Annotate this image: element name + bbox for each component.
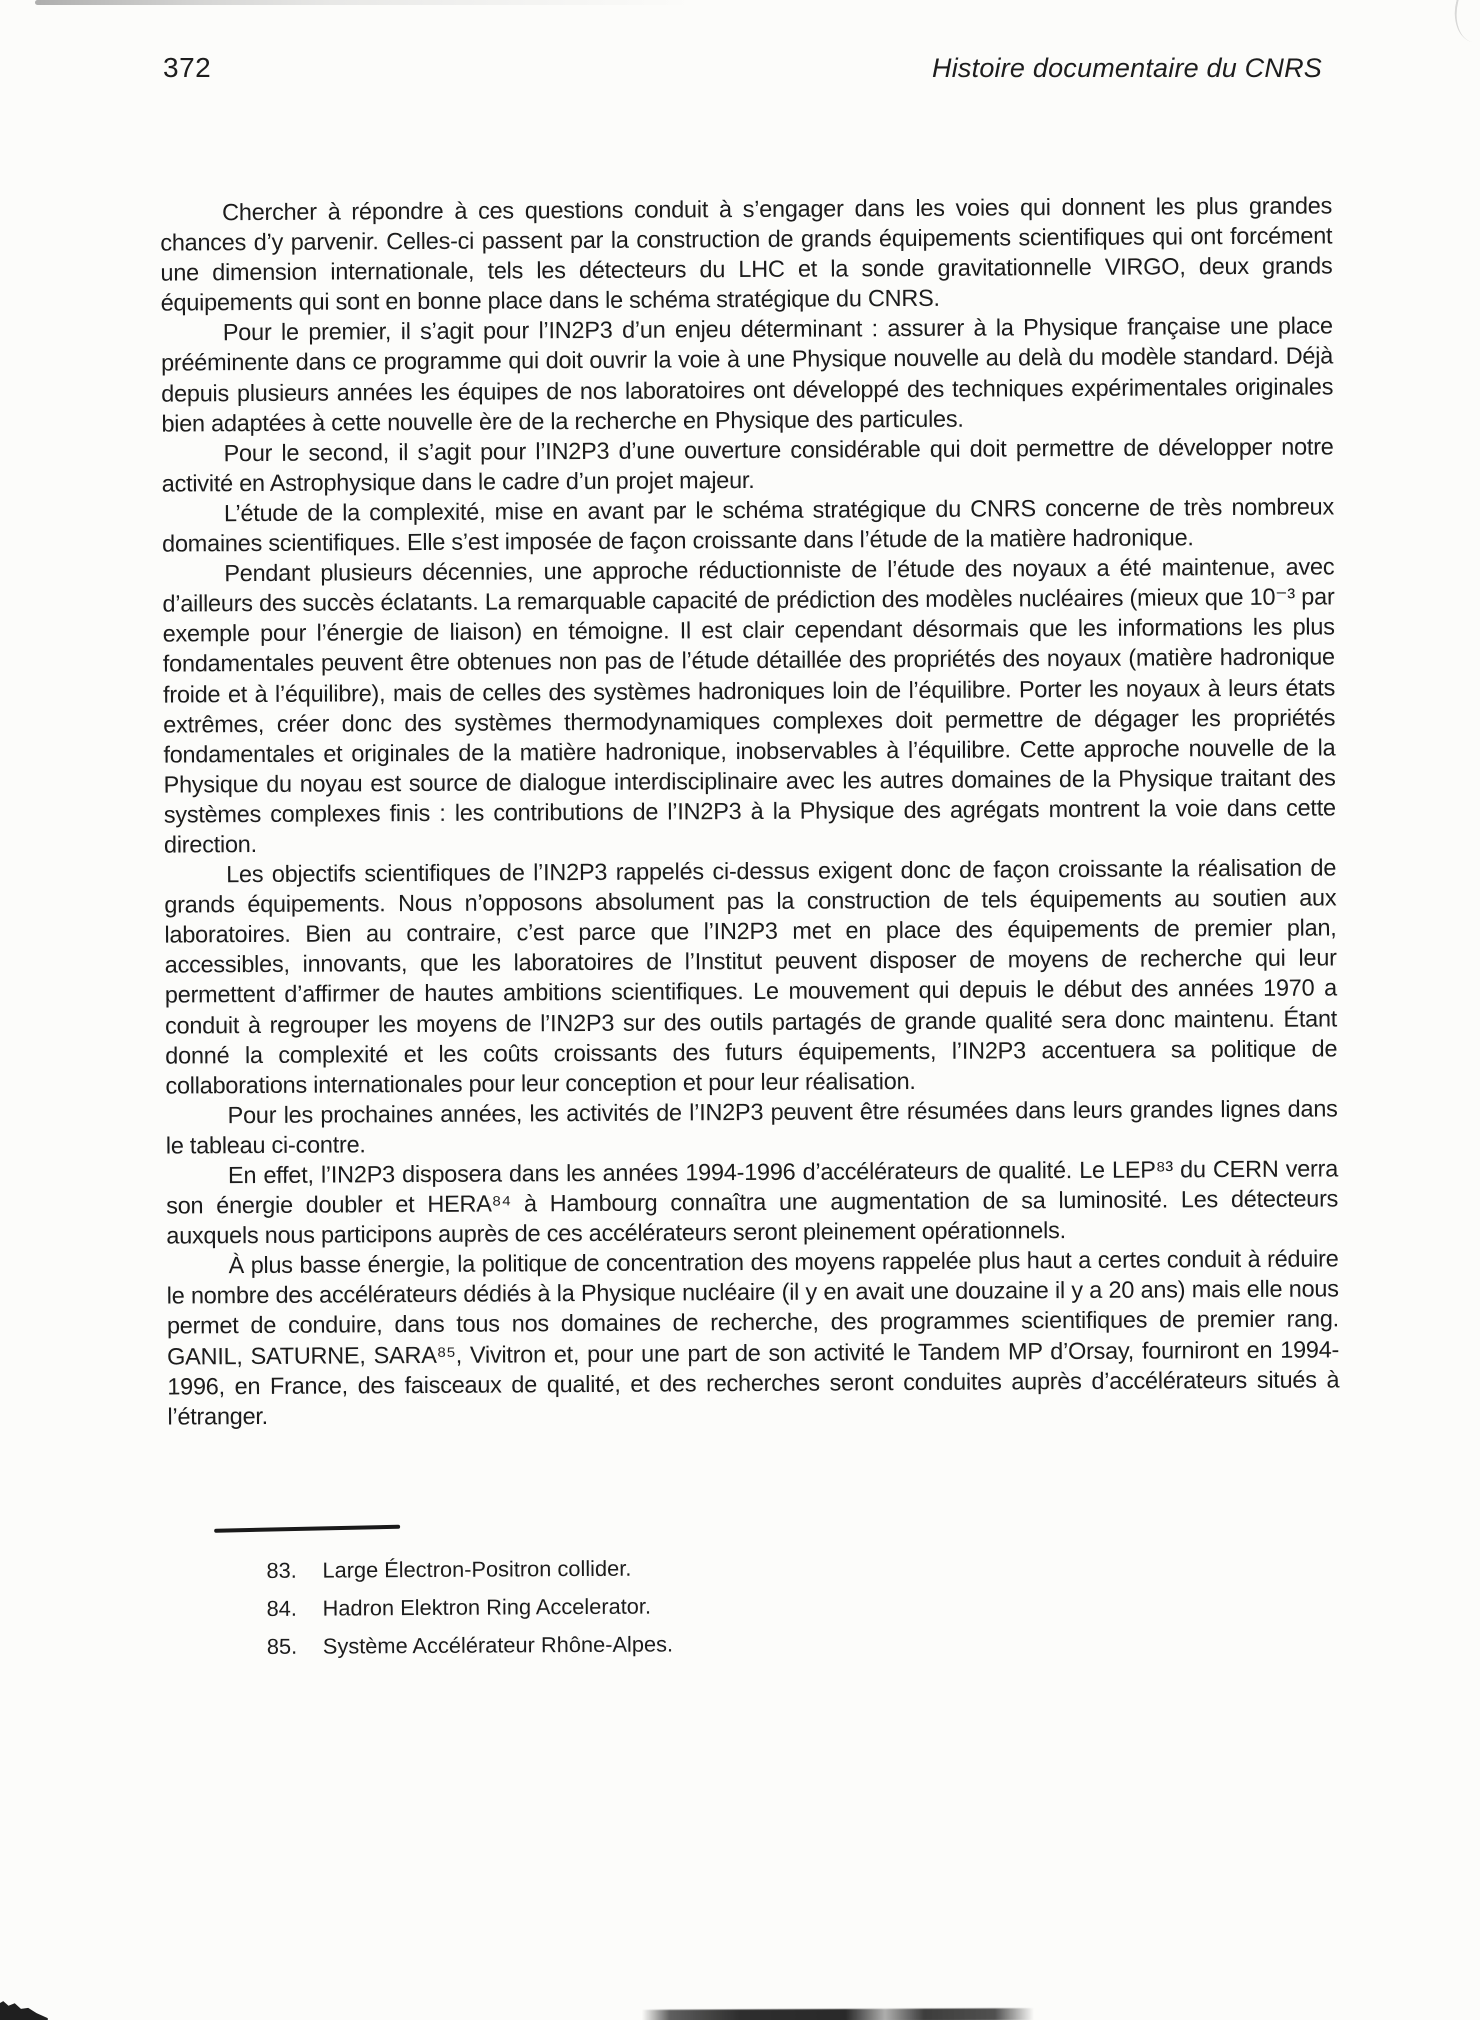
footnote-text: Système Accélérateur Rhône-Alpes. bbox=[313, 1626, 673, 1666]
paragraph: Pour le premier, il s’agit pour l’IN2P3 … bbox=[161, 311, 1334, 439]
scan-artifact-top-smudge bbox=[35, 0, 695, 5]
paragraph: En effet, l’IN2P3 disposera dans les ann… bbox=[166, 1153, 1339, 1250]
paragraph: À plus basse énergie, la politique de co… bbox=[166, 1244, 1339, 1432]
footnote-item: 85.Système Accélérateur Rhône-Alpes. bbox=[267, 1622, 1341, 1667]
scan-artifact-bottom-bar bbox=[642, 2008, 1034, 2020]
footnote-item: 83.Large Électron-Positron collider. bbox=[266, 1546, 1340, 1591]
scan-artifact-bottom-blob bbox=[0, 1998, 48, 2020]
paragraph: L’étude de la complexité, mise en avant … bbox=[162, 491, 1334, 558]
running-title: Histoire documentaire du CNRS bbox=[932, 53, 1322, 84]
paragraph: Pendant plusieurs décennies, une approch… bbox=[162, 552, 1336, 860]
footnote-number: 83. bbox=[266, 1552, 312, 1590]
paragraph: Pour les prochaines années, les activité… bbox=[166, 1093, 1338, 1160]
footnote-text: Large Électron-Positron collider. bbox=[312, 1550, 631, 1590]
paragraph: Pour le second, il s’agit pour l’IN2P3 d… bbox=[161, 431, 1333, 498]
footnote-number: 84. bbox=[267, 1590, 313, 1628]
page-number: 372 bbox=[163, 52, 211, 84]
page-header: 372 Histoire documentaire du CNRS bbox=[163, 52, 1322, 84]
body-text: Chercher à répondre à ces questions cond… bbox=[160, 190, 1340, 1431]
paragraph: Chercher à répondre à ces questions cond… bbox=[160, 190, 1333, 318]
footnote-item: 84.Hadron Elektron Ring Accelerator. bbox=[267, 1584, 1341, 1629]
scanned-book-page: 372 Histoire documentaire du CNRS Cherch… bbox=[0, 0, 1480, 2020]
text-block: Chercher à répondre à ces questions cond… bbox=[160, 190, 1341, 1666]
footnote-rule bbox=[214, 1525, 400, 1533]
footnote-text: Hadron Elektron Ring Accelerator. bbox=[313, 1588, 652, 1628]
paragraph: Les objectifs scientifiques de l’IN2P3 r… bbox=[164, 852, 1337, 1100]
scan-artifact-corner-right bbox=[1448, 0, 1480, 43]
footnote-number: 85. bbox=[267, 1628, 313, 1666]
footnotes: 83.Large Électron-Positron collider.84.H… bbox=[266, 1546, 1341, 1667]
